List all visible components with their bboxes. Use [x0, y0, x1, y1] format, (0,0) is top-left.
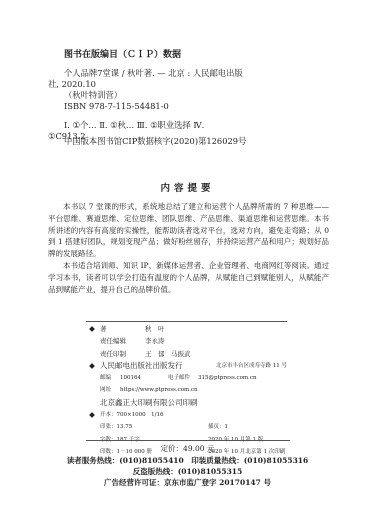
- email-label: 电子邮件: [168, 372, 190, 384]
- advertising-license: 广告经营许可证：京东市监广登字 20170147 号: [0, 477, 375, 488]
- format-value: 开本：700×1000 1/16: [100, 409, 163, 421]
- colophon: 著 秋 叶 责任编辑 李永涛 责任印制 王 郁 马振武 人民邮电出版社出版发行 …: [90, 323, 290, 458]
- publisher-address: 北京市丰台区成寿寺路 11 号: [216, 360, 287, 372]
- price: 定价：49.00 元: [0, 443, 375, 454]
- abstract-heading: 内容提要: [0, 180, 375, 194]
- colophon-contact-row: 邮编 100164 电子邮件 315@ptpress.com.cn: [90, 372, 290, 384]
- diamond-bullet-icon: [89, 363, 95, 369]
- email-value: 315@ptpress.com.cn: [198, 372, 257, 384]
- plates-value: 插页：1: [208, 421, 228, 433]
- publisher-name: 人民邮电出版社出版发行: [100, 360, 183, 372]
- author-label: 著: [100, 323, 107, 335]
- colophon-top-rule: [86, 321, 287, 322]
- cip-line-publisher: 社, 2020.10: [48, 79, 243, 90]
- postcode-label: 邮编: [100, 372, 111, 384]
- colophon-printer-row: 责任印制 王 郁 马振武: [90, 348, 290, 360]
- cip-spacer: [48, 112, 243, 120]
- website-label: 网址: [100, 384, 111, 396]
- website-value: https://www.ptpress.com.cn: [120, 384, 198, 396]
- abstract-body: 本书以 7 堂课的形式，系统地总结了建立和运营个人品牌所需的 7 种思维——平台…: [48, 201, 329, 295]
- colophon-bottom-rule: [86, 440, 290, 441]
- diamond-bullet-icon: [89, 326, 95, 332]
- reader-service-hotline: 读者服务热线：(010)81055410 印装质量热线：(010)8105531…: [0, 455, 375, 466]
- author-name: 秋 叶: [145, 323, 165, 335]
- cip-line-isbn: ISBN 978-7-115-54481-0: [48, 101, 243, 112]
- cip-title: 图书在版编目（ＣＩＰ）数据: [64, 47, 181, 60]
- colophon-sheets-row: 印张：13.75 插页：1: [90, 421, 290, 433]
- printer-label: 责任印制: [100, 348, 126, 360]
- abstract-paragraph: 本书以 7 堂课的形式，系统地总结了建立和运营个人品牌所需的 7 种思维——平台…: [48, 201, 329, 260]
- colophon-editor-row: 责任编辑 李永涛: [90, 335, 290, 347]
- colophon-format-row: 开本：700×1000 1/16: [90, 409, 290, 421]
- anti-piracy-hotline: 反盗版热线：(010)81055315: [0, 466, 375, 477]
- cip-line-title: 个人品牌7堂课 / 秋叶著. — 北京 : 人民邮电出版: [48, 68, 243, 79]
- abstract-paragraph: 本书适合培训师、知识 IP、新媒体运营者、企业管理者、电商网红等阅读。通过学习本…: [48, 260, 329, 295]
- colophon-publisher-row: 人民邮电出版社出版发行 北京市丰台区成寿寺路 11 号: [90, 360, 290, 372]
- cip-line-series: （秋叶特训营）: [48, 90, 243, 101]
- printer-names: 王 郁 马振武: [145, 348, 191, 360]
- postcode-value: 100164: [120, 372, 141, 384]
- print-company: 北京鑫正大印刷有限公司印刷: [100, 397, 198, 409]
- cip-data: 个人品牌7堂课 / 秋叶著. — 北京 : 人民邮电出版 社, 2020.10 …: [48, 68, 243, 142]
- cip-record-number: 中国版本图书馆CIP数据核字(2020)第126029号: [64, 135, 246, 147]
- editor-label: 责任编辑: [100, 335, 126, 347]
- colophon-website-row: 网址 https://www.ptpress.com.cn: [90, 384, 290, 396]
- sheets-value: 印张：13.75: [100, 421, 132, 433]
- diamond-bullet-icon: [89, 412, 95, 418]
- editor-name: 李永涛: [145, 335, 165, 347]
- colophon-print-company-row: 北京鑫正大印刷有限公司印刷: [90, 397, 290, 409]
- colophon-author-row: 著 秋 叶: [90, 323, 290, 335]
- cip-line-subjects: Ⅰ. ①个… Ⅱ. ①秋… Ⅲ. ①职业选择 Ⅳ.: [48, 120, 243, 131]
